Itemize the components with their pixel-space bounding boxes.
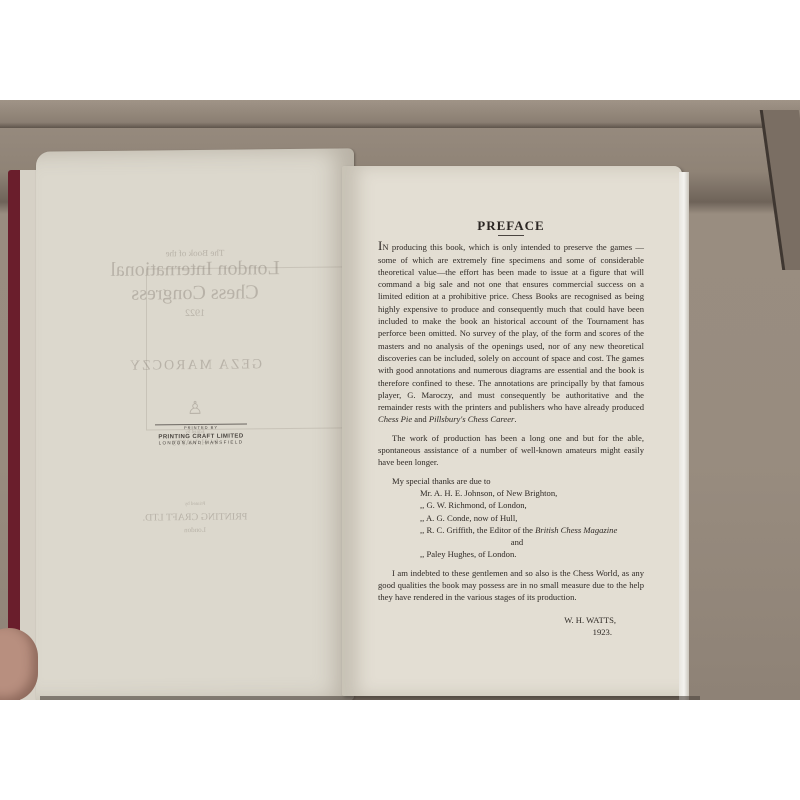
left-page: The Book of the London International Che… xyxy=(36,148,354,700)
list-item: ,, A. G. Conde, now of Hull, xyxy=(420,512,644,524)
page-block-edge xyxy=(679,172,689,700)
thanks-entry: Mr. A. H. E. Johnson, of New Brighton, xyxy=(420,488,557,498)
preface-text: PREFACE IN producing this book, which is… xyxy=(378,220,644,638)
show-through-line: Chess Congress xyxy=(36,280,354,306)
page-title: PREFACE xyxy=(378,220,644,232)
list-item: and xyxy=(420,536,644,548)
signature-year: 1923. xyxy=(378,626,616,638)
show-through-line: London xyxy=(36,524,354,535)
paragraph-1-end: . xyxy=(514,414,516,424)
title-rule xyxy=(498,235,524,236)
paragraph-1: IN producing this book, which is only in… xyxy=(378,241,644,425)
thanks-entry: and xyxy=(511,537,523,547)
list-item: ,, Paley Hughes, of London. xyxy=(420,548,644,560)
signature-block: W. H. WATTS, 1923. xyxy=(378,614,644,639)
paragraph-1-text: N producing this book, which is only int… xyxy=(378,242,644,412)
thanks-entry: ,, R. C. Griffith, the Editor of the xyxy=(420,525,535,535)
book-bottom-shadow xyxy=(40,696,700,700)
thanks-entry: ,, Paley Hughes, of London. xyxy=(420,549,516,559)
printer-imprint: PRINTED BY PRINTING CRAFT LIMITED LONDON… xyxy=(141,415,261,445)
imprint-label: PRINTED BY xyxy=(155,423,247,430)
thumb xyxy=(0,628,38,700)
show-through-line: London International xyxy=(36,256,354,282)
paragraph-3: I am indebted to these gentlemen and so … xyxy=(378,567,644,604)
list-item: ,, G. W. Richmond, of London, xyxy=(420,499,644,511)
right-page: PREFACE IN producing this book, which is… xyxy=(342,166,682,696)
cardboard-box-flap xyxy=(760,110,800,270)
show-through-line: PRINTING CRAFT LTD. xyxy=(36,510,354,524)
list-item: Mr. A. H. E. Johnson, of New Brighton, xyxy=(420,487,644,499)
italic-title: Chess Pie xyxy=(378,414,412,424)
show-through-line: Printed by xyxy=(36,500,354,508)
paragraph-1-and: and xyxy=(412,414,429,424)
thanks-entry: ,, A. G. Conde, now of Hull, xyxy=(420,513,517,523)
paragraph-2: The work of production has been a long o… xyxy=(378,432,644,469)
thanks-entry: ,, G. W. Richmond, of London, xyxy=(420,500,527,510)
signature: W. H. WATTS, xyxy=(564,615,616,625)
thanks-intro: My special thanks are due to xyxy=(378,475,644,487)
italic-title: Pillsbury's Chess Career xyxy=(429,414,515,424)
show-through-author: GEZA MAROCZY xyxy=(36,356,354,375)
italic-title: British Chess Magazine xyxy=(535,525,617,535)
thanks-list: Mr. A. H. E. Johnson, of New Brighton, ,… xyxy=(378,487,644,561)
cardboard-box-fold xyxy=(0,100,800,128)
photo-scene: The Book of the London International Che… xyxy=(0,100,800,700)
list-item: ,, R. C. Griffith, the Editor of the Bri… xyxy=(420,524,644,536)
